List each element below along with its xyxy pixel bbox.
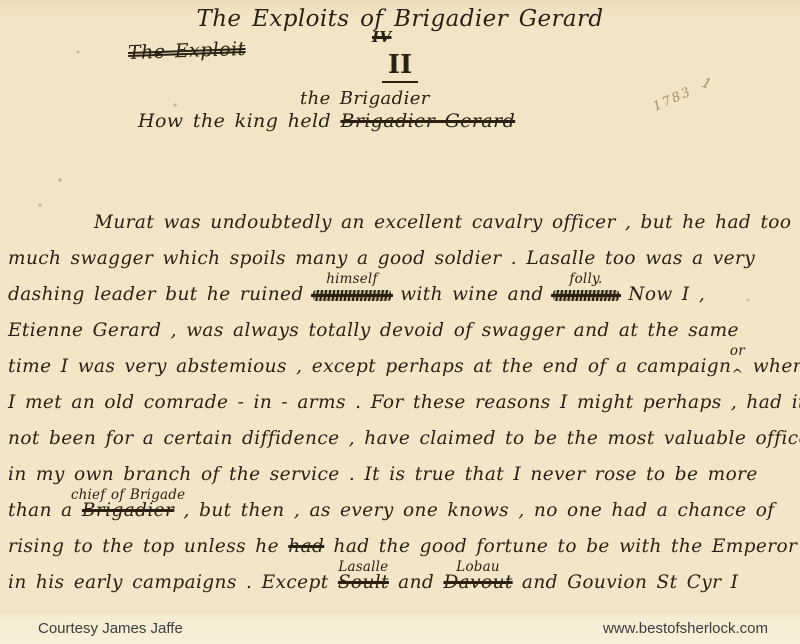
photo-vignette (0, 0, 800, 644)
courtesy-credit: Courtesy James Jaffe (38, 620, 183, 637)
website-watermark: www.bestofsherlock.com (603, 620, 768, 637)
credit-bar: Courtesy James Jaffe www.bestofsherlock.… (0, 614, 800, 644)
